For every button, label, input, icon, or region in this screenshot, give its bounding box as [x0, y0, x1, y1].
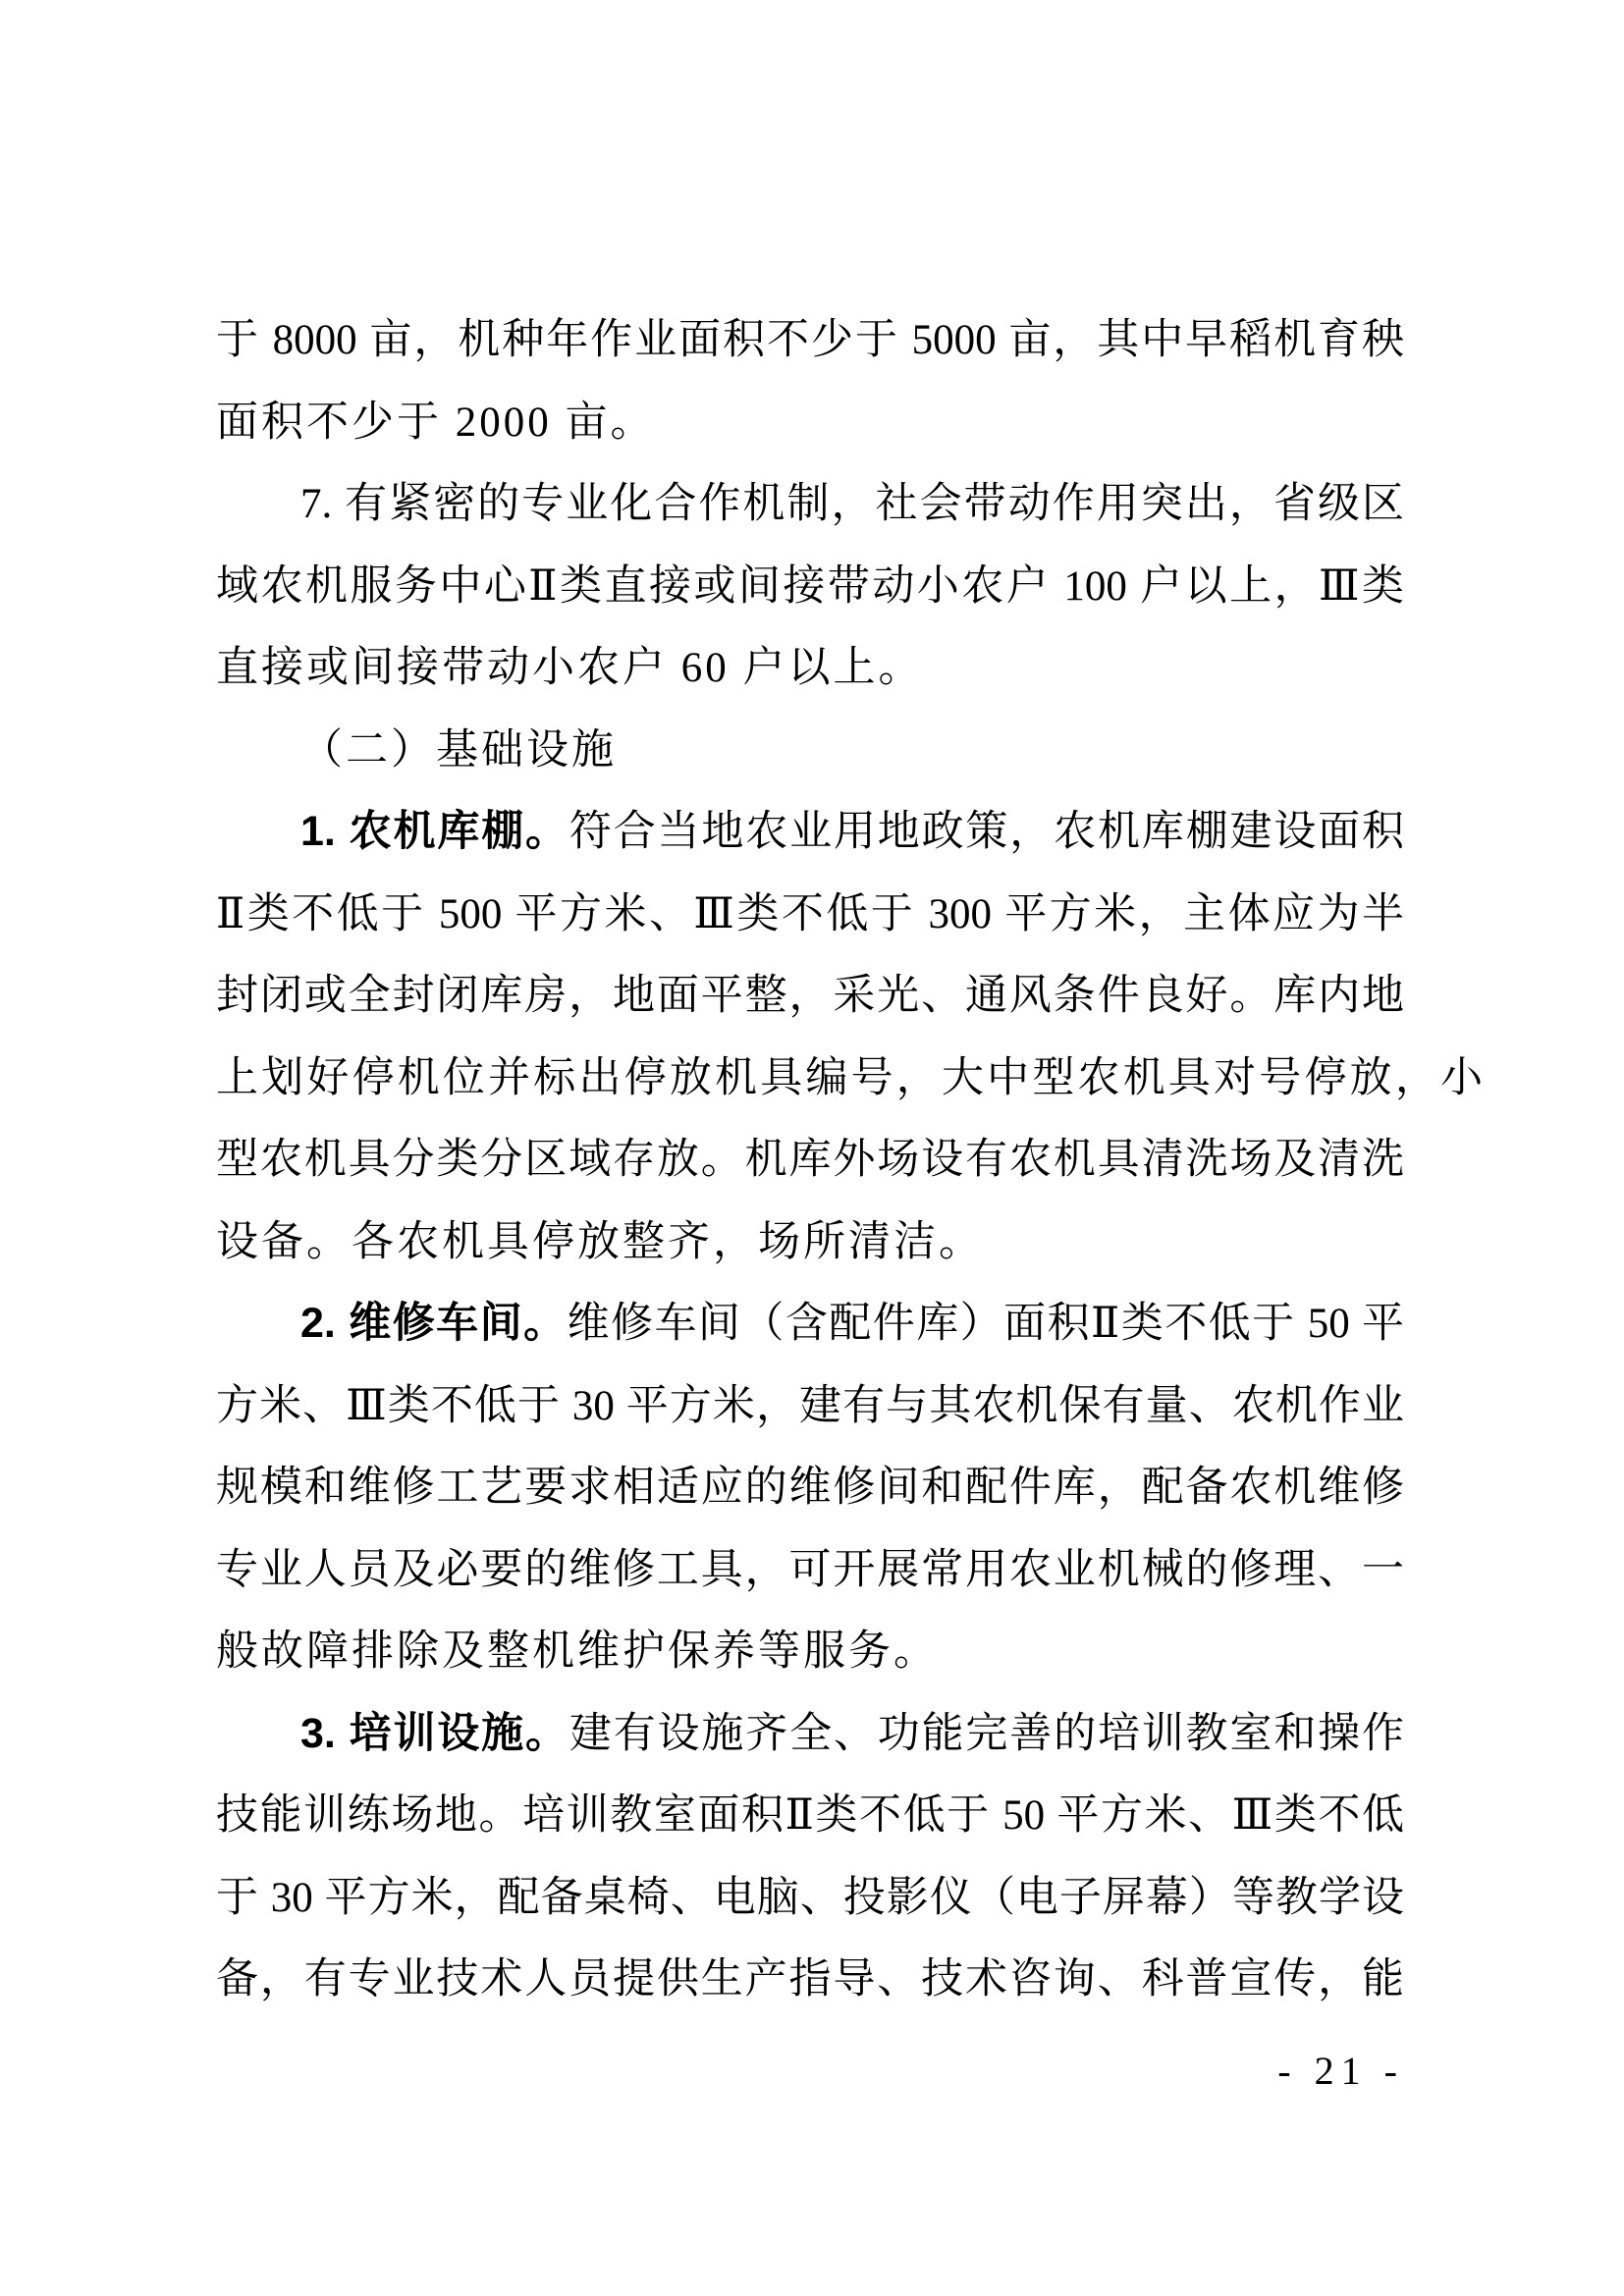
clause-heading: 1. 农机库棚。	[300, 808, 569, 855]
body-line: 备，有专业技术人员提供生产指导、技术咨询、科普宣传，能	[216, 1939, 1404, 2021]
body-line: 7. 有紧密的专业化合作机制，社会带动作用突出，省级区	[216, 463, 1404, 546]
line-text: 技能训练场地。培训教室面积Ⅱ类不低于 50 平方米、Ⅲ类不低	[216, 1792, 1404, 1839]
body-text: 于 8000 亩，机种年作业面积不少于 5000 亩，其中早稻机育秧 面积不少于…	[216, 299, 1404, 2021]
body-line: 型农机具分类分区域存放。机库外场设有农机具清洗场及清洗	[216, 1119, 1404, 1201]
body-line: 规模和维修工艺要求相适应的维修间和配件库，配备农机维修	[216, 1447, 1404, 1529]
page-number: - 21 -	[1277, 2050, 1404, 2093]
line-text: 规模和维修工艺要求相适应的维修间和配件库，配备农机维修	[216, 1465, 1404, 1511]
section-heading: （二）基础设施	[216, 710, 1404, 792]
line-text: 般故障排除及整机维护保养等服务。	[216, 1629, 939, 1675]
line-text: 型农机具分类分区域存放。机库外场设有农机具清洗场及清洗	[216, 1137, 1404, 1183]
clause-heading: 2. 维修车间。	[300, 1300, 568, 1347]
body-line: 域农机服务中心Ⅱ类直接或间接带动小农户 100 户以上，Ⅲ类	[216, 546, 1404, 628]
body-line: 2. 维修车间。维修车间（含配件库）面积Ⅱ类不低于 50 平	[216, 1283, 1404, 1365]
line-text: 上划好停机位并标出停放机具编号，大中型农机具对号停放，小	[216, 1055, 1483, 1101]
line-text: 面积不少于 2000 亩。	[216, 400, 656, 446]
body-line: 于 8000 亩，机种年作业面积不少于 5000 亩，其中早稻机育秧	[216, 299, 1404, 382]
body-line: Ⅱ类不低于 500 平方米、Ⅲ类不低于 300 平方米，主体应为半	[216, 874, 1404, 956]
body-line: 1. 农机库棚。符合当地农业用地政策，农机库棚建设面积	[216, 791, 1404, 874]
body-line: 般故障排除及整机维护保养等服务。	[216, 1611, 1404, 1693]
body-line: 方米、Ⅲ类不低于 30 平方米，建有与其农机保有量、农机作业	[216, 1365, 1404, 1448]
body-line: 设备。各农机具停放整齐，场所清洁。	[216, 1201, 1404, 1284]
line-text: 备，有专业技术人员提供生产指导、技术咨询、科普宣传，能	[216, 1956, 1404, 2002]
line-text: 符合当地农业用地政策，农机库棚建设面积	[569, 809, 1404, 855]
line-text: 域农机服务中心Ⅱ类直接或间接带动小农户 100 户以上，Ⅲ类	[216, 563, 1404, 610]
body-line: 专业人员及必要的维修工具，可开展常用农业机械的修理、一	[216, 1529, 1404, 1612]
line-text: （二）基础设施	[300, 727, 617, 774]
line-text: 专业人员及必要的维修工具，可开展常用农业机械的修理、一	[216, 1547, 1404, 1593]
document-page: 于 8000 亩，机种年作业面积不少于 5000 亩，其中早稻机育秧 面积不少于…	[0, 0, 1624, 2296]
line-text: 方米、Ⅲ类不低于 30 平方米，建有与其农机保有量、农机作业	[216, 1383, 1404, 1429]
clause-heading: 3. 培训设施。	[300, 1710, 569, 1757]
line-text: 7. 有紧密的专业化合作机制，社会带动作用突出，省级区	[300, 481, 1404, 527]
line-text: Ⅱ类不低于 500 平方米、Ⅲ类不低于 300 平方米，主体应为半	[216, 891, 1404, 937]
line-text: 直接或间接带动小农户 60 户以上。	[216, 645, 924, 691]
line-text: 建有设施齐全、功能完善的培训教室和操作	[569, 1711, 1404, 1757]
body-line: 直接或间接带动小农户 60 户以上。	[216, 627, 1404, 710]
body-line: 上划好停机位并标出停放机具编号，大中型农机具对号停放，小	[216, 1038, 1483, 1120]
line-text: 于 30 平方米，配备桌椅、电脑、投影仪（电子屏幕）等教学设	[216, 1875, 1404, 1921]
body-line: 于 30 平方米，配备桌椅、电脑、投影仪（电子屏幕）等教学设	[216, 1857, 1404, 1940]
body-line: 技能训练场地。培训教室面积Ⅱ类不低于 50 平方米、Ⅲ类不低	[216, 1775, 1404, 1857]
body-line: 3. 培训设施。建有设施齐全、功能完善的培训教室和操作	[216, 1693, 1404, 1776]
line-text: 维修车间（含配件库）面积Ⅱ类不低于 50 平	[568, 1301, 1404, 1347]
body-line: 封闭或全封闭库房，地面平整，采光、通风条件良好。库内地	[216, 955, 1404, 1038]
body-line: 面积不少于 2000 亩。	[216, 382, 1404, 464]
line-text: 于 8000 亩，机种年作业面积不少于 5000 亩，其中早稻机育秧	[216, 317, 1404, 363]
line-text: 封闭或全封闭库房，地面平整，采光、通风条件良好。库内地	[216, 973, 1404, 1019]
line-text: 设备。各农机具停放整齐，场所清洁。	[216, 1219, 984, 1265]
